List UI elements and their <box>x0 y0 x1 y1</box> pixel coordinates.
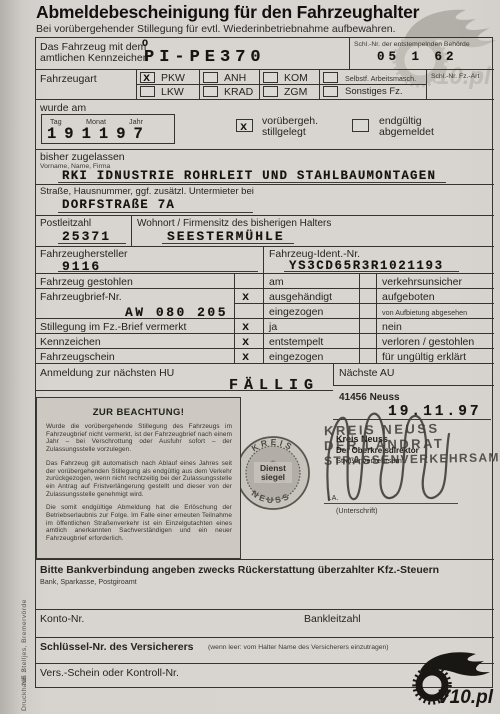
bank-code-label: Bankleitzahl <box>304 613 361 625</box>
next-hu-label: Anmeldung zur nächsten HU <box>40 367 174 379</box>
status-row-right: von Aufbietung abgesehen <box>382 308 467 317</box>
checkmark-entstempelt: x <box>242 335 249 349</box>
option-zgm: ZGM <box>284 86 307 98</box>
divider <box>36 273 494 274</box>
watermark-logo-bottom: V10.pl <box>410 647 494 709</box>
divider <box>36 363 494 364</box>
authority-key-label: Schl.-Nr. der entstempelnden Behörde <box>354 41 470 48</box>
status-row-mid: ja <box>269 321 277 333</box>
checkmark-ausgehaendigt: x <box>242 290 249 304</box>
brief-number-value: AW 080 205 <box>96 305 228 320</box>
checkbox-kom <box>263 72 278 83</box>
divider <box>131 215 132 246</box>
street-value: DORFSTRAßE 7A <box>62 198 175 212</box>
divider <box>36 348 494 349</box>
divider <box>234 303 494 304</box>
plate-label-line2: amtlichen Kennzeichen <box>40 52 149 64</box>
divider <box>58 243 126 244</box>
next-hu-value: FÄLLIG <box>229 377 319 394</box>
form-code: NE 2 <box>21 668 28 685</box>
signature-ia: i.A. <box>328 493 338 502</box>
divider <box>58 271 258 272</box>
status-row-left: Stillegung im Fz.-Brief vermerkt <box>40 321 186 333</box>
divider <box>36 333 494 334</box>
checkbox-selbstf <box>323 72 338 83</box>
bank-types-label: Bank, Sparkasse, Postgiroamt <box>40 577 137 586</box>
official-seal-icon: KREIS NEUSS Dienst siegel <box>233 433 313 513</box>
deregistered-on-label: wurde am <box>40 102 86 114</box>
vehicle-type-label: Fahrzeugart <box>40 73 97 85</box>
status-row-mid: entstempelt <box>269 336 323 348</box>
status-row-right: aufgeboten <box>382 291 435 303</box>
checkmark-temporarily-deregistered: x <box>240 120 247 134</box>
next-au-label: Nächste AU <box>339 367 394 379</box>
notice-box: ZUR BEACHTUNG! Wurde die vorübergehende … <box>36 397 241 559</box>
account-number-label: Konto-Nr. <box>40 613 84 625</box>
svg-text:V10.pl: V10.pl <box>437 687 494 708</box>
page-subtitle: Bei vorübergehender Stillegung für evtl.… <box>36 23 396 35</box>
signature-caption: (Unterschrift) <box>336 506 378 515</box>
status-row-right: verloren / gestohlen <box>382 336 474 348</box>
svg-text:siegel: siegel <box>261 472 285 482</box>
divider <box>36 609 494 610</box>
divider <box>58 182 446 183</box>
divider <box>333 385 494 386</box>
checkbox-finally-deregistered <box>352 119 369 132</box>
postcode-label: Postleitzahl <box>40 218 91 229</box>
holder-section-label: bisher zugelassen <box>40 151 125 163</box>
scanned-document: Abmeldebescheinigung für den Fahrzeughal… <box>0 0 500 714</box>
status-row-left: Fahrzeugschein <box>40 351 115 363</box>
divider <box>58 212 253 213</box>
divider <box>263 246 264 273</box>
checkbox-sonstiges <box>323 86 338 97</box>
checkbox-anh <box>203 72 218 83</box>
divider <box>162 243 294 244</box>
insurer-key-label: Schlüssel-Nr. des Versicherers <box>40 641 194 653</box>
checkbox-zgm <box>263 86 278 97</box>
checkmark-ja: x <box>242 320 249 334</box>
option-krad: KRAD <box>224 86 253 98</box>
form-body: Das Fahrzeug mit dem amtlichen Kennzeich… <box>35 37 493 688</box>
insurer-key-note: (wenn leer: vom Halter Name des Versiche… <box>208 644 389 651</box>
checkbox-lkw <box>140 86 155 97</box>
status-row-left: Fahrzeug gestohlen <box>40 276 133 288</box>
page-title: Abmeldebescheinigung für den Fahrzeughal… <box>36 2 419 23</box>
status-row-mid: ausgehändigt <box>269 291 332 303</box>
status-row-left: Fahrzeugbrief-Nr. <box>40 291 122 303</box>
bank-instruction: Bitte Bankverbindung angeben zwecks Rück… <box>40 564 439 576</box>
notice-paragraph-2: Das Fahrzeug gilt automatisch nach Ablau… <box>46 460 232 499</box>
status-row-mid: eingezogen <box>269 351 323 363</box>
divider <box>324 503 458 504</box>
divider <box>284 271 459 272</box>
option-temporary-line2: stillgelegt <box>262 126 306 138</box>
signature-scribble <box>321 398 466 508</box>
checkmark-eingezogen: x <box>242 350 249 364</box>
option-sonstiges: Sonstiges Fz. <box>345 86 403 97</box>
divider <box>36 559 494 560</box>
notice-heading: ZUR BEACHTUNG! <box>37 407 240 418</box>
status-row-mid: eingezogen <box>269 306 323 318</box>
checkmark-pkw: x <box>143 71 150 85</box>
option-final-line2: abgemeldet <box>379 126 434 138</box>
option-anh: ANH <box>224 72 246 84</box>
status-row-right: für ungültig erklärt <box>382 351 466 363</box>
status-row-right: verkehrsunsicher <box>382 276 462 288</box>
notice-paragraph-1: Wurde die vorübergehende Stillegung des … <box>46 423 232 454</box>
status-row-left: Kennzeichen <box>40 336 101 348</box>
divider <box>36 99 494 100</box>
option-lkw: LKW <box>161 86 184 98</box>
plate-value: PI-PE370 <box>144 48 266 67</box>
divider <box>36 215 494 216</box>
option-pkw: PKW <box>161 72 185 84</box>
notice-paragraph-3: Die somit endgültige Abmeldung hat die E… <box>46 504 232 543</box>
authority-key-value: 05 1 62 <box>377 50 458 64</box>
date-value: 191197 <box>47 125 151 143</box>
status-row-right: nein <box>382 321 402 333</box>
city-label: Wohnort / Firmensitz des bisherigen Halt… <box>137 218 331 229</box>
divider <box>36 637 494 638</box>
notice-body: Wurde die vorübergehende Stillegung des … <box>46 423 232 549</box>
option-kom: KOM <box>284 72 308 84</box>
status-row-mid: am <box>269 276 284 288</box>
street-label: Straße, Hausnummer, ggf. zusätzl. Unterm… <box>40 186 254 197</box>
divider <box>36 390 333 391</box>
divider <box>36 288 494 289</box>
checkbox-krad <box>203 86 218 97</box>
divider <box>333 363 334 385</box>
fz-art-label: Schl.-Nr. Fz.-Art <box>431 73 479 80</box>
policy-number-label: Vers.-Schein oder Kontroll-Nr. <box>40 667 179 679</box>
printer-imprint-text: Druckhaus Stelljes, Bremervörde <box>21 599 28 711</box>
divider <box>426 69 427 99</box>
option-selbstf: Selbstf. Arbeitsmasch. <box>345 74 416 83</box>
divider <box>349 38 350 69</box>
